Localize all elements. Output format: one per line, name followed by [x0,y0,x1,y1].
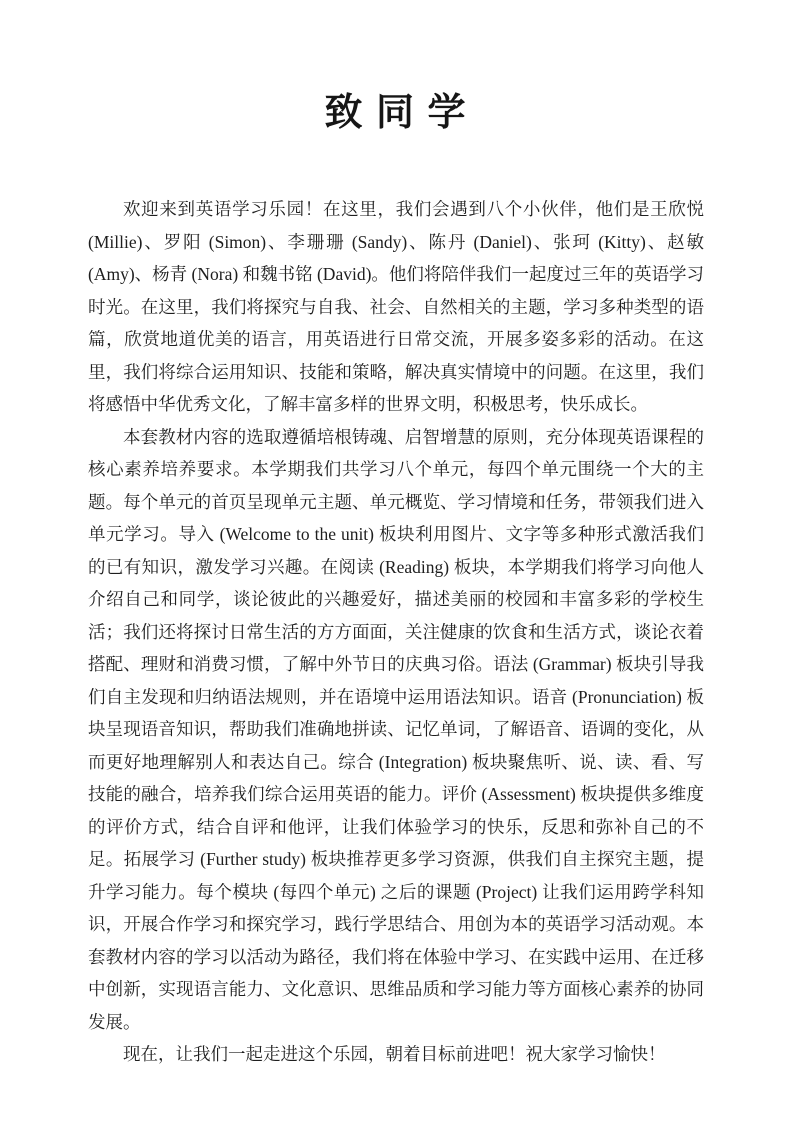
page-title: 致 同 学 [88,93,704,133]
preface-body: 欢迎来到英语学习乐园！在这里，我们会遇到八个小伙伴，他们是王欣悦 (Millie… [88,193,704,1071]
paragraph-closing: 现在，让我们一起走进这个乐园，朝着目标前进吧！祝大家学习愉快！ [88,1038,704,1071]
textbook-preface-page: 致 同 学 欢迎来到英语学习乐园！在这里，我们会遇到八个小伙伴，他们是王欣悦 (… [0,0,792,1122]
paragraph-textbook-structure: 本套教材内容的选取遵循培根铸魂、启智增慧的原则，充分体现英语课程的核心素养培养要… [88,421,704,1039]
paragraph-welcome: 欢迎来到英语学习乐园！在这里，我们会遇到八个小伙伴，他们是王欣悦 (Millie… [88,193,704,421]
